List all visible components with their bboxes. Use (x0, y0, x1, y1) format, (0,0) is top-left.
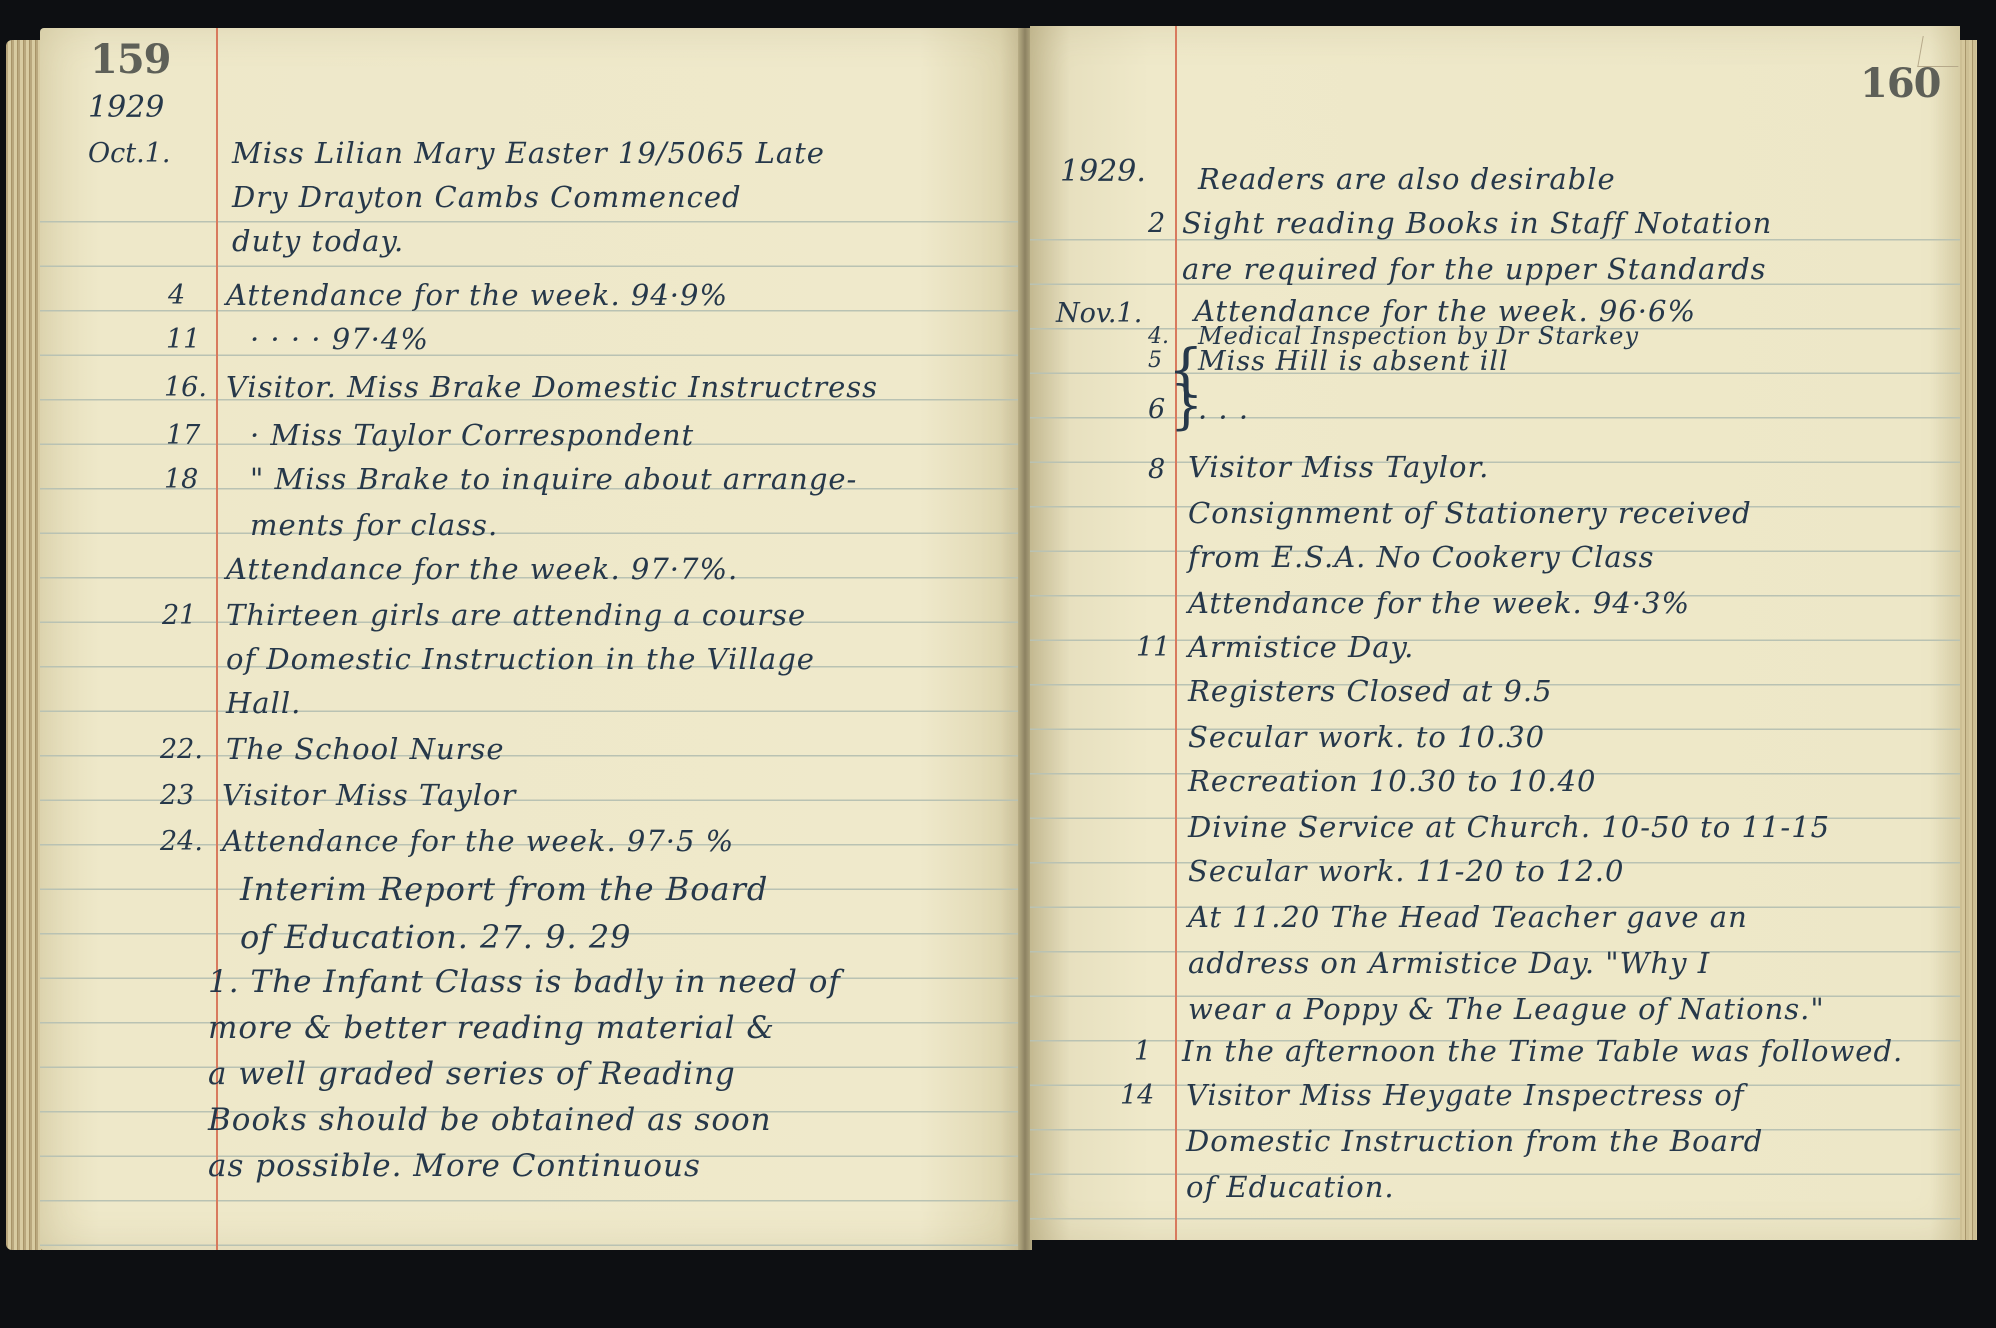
entry-date: 21 (162, 600, 196, 631)
red-margin-line (1175, 26, 1177, 1240)
entry-line: of Education. 27. 9. 29 (240, 918, 632, 956)
entry-line: The School Nurse (226, 732, 505, 766)
entry-date: 16. (164, 372, 207, 403)
entry-date: 11 (166, 324, 200, 355)
entry-line: Readers are also desirable (1198, 162, 1616, 196)
year-label: 1929 (88, 90, 164, 125)
entry-line: Visitor Miss Taylor. (1188, 450, 1489, 484)
entry-line: duty today. (232, 224, 404, 258)
entry-line: Thirteen girls are attending a course (226, 598, 806, 632)
entry-line: wear a Poppy & The League of Nations." (1188, 992, 1825, 1026)
entry-date: 23 (160, 780, 194, 811)
page-number: 159 (90, 36, 171, 83)
entry-date: 1 (1134, 1036, 1151, 1067)
entry-line: Miss Hill is absent ill (1198, 346, 1509, 377)
entry-line: Visitor Miss Taylor (222, 778, 516, 812)
entry-date: 2 (1148, 208, 1165, 239)
entry-line: are required for the upper Standards (1182, 252, 1767, 286)
entry-line: Recreation 10.30 to 10.40 (1188, 764, 1596, 798)
entry-line: · · · (1198, 400, 1249, 434)
entry-line: At 11.20 The Head Teacher gave an (1188, 900, 1748, 934)
entry-line: Attendance for the week. 94·3% (1188, 586, 1690, 620)
entry-line: ments for class. (250, 508, 498, 542)
entry-date: 5 (1148, 348, 1162, 373)
entry-line: · · · · 97·4% (250, 322, 429, 356)
entry-line: 1. The Infant Class is badly in need of (208, 964, 841, 1000)
entry-line: a well graded series of Reading (208, 1056, 736, 1092)
right-page: 160 1929. Readers are also desirable 2 S… (1030, 26, 1960, 1240)
left-page: 159 1929 Oct.1. Miss Lilian Mary Easter … (40, 28, 1020, 1250)
entry-line: of Domestic Instruction in the Village (226, 642, 815, 676)
entry-date: 4. (1148, 324, 1169, 349)
entry-date: 6 (1148, 394, 1165, 425)
entry-line: " Miss Brake to inquire about arrange- (250, 462, 857, 496)
entry-line: Attendance for the week. 94·9% (226, 278, 728, 312)
entry-date: 24. (160, 826, 203, 857)
entry-date: 8 (1148, 454, 1165, 485)
entry-line: Interim Report from the Board (240, 870, 768, 908)
entry-line: Dry Drayton Cambs Commenced (232, 180, 742, 214)
entry-date: 22. (160, 734, 203, 765)
entry-line: Visitor Miss Heygate Inspectress of (1186, 1078, 1745, 1112)
entry-date: Nov.1. (1056, 298, 1142, 329)
entry-line: Hall. (226, 686, 301, 720)
entry-line: Miss Lilian Mary Easter 19/5065 Late (232, 136, 825, 170)
entry-line: Attendance for the week. 97·7%. (226, 552, 738, 586)
entry-line: Divine Service at Church. 10-50 to 11-15 (1188, 810, 1830, 844)
entry-line: Domestic Instruction from the Board (1186, 1124, 1763, 1158)
entry-line: In the afternoon the Time Table was foll… (1182, 1034, 1903, 1068)
entry-line: · Miss Taylor Correspondent (250, 418, 694, 452)
entry-line: from E.S.A. No Cookery Class (1188, 540, 1654, 574)
entry-line: address on Armistice Day. "Why I (1188, 946, 1710, 980)
open-logbook: 159 1929 Oct.1. Miss Lilian Mary Easter … (0, 0, 1996, 1328)
entry-line: Registers Closed at 9.5 (1188, 674, 1553, 708)
entry-line: Attendance for the week. 97·5 % (222, 824, 734, 858)
entry-line: of Education. (1186, 1170, 1395, 1204)
entry-line: more & better reading material & (208, 1010, 775, 1046)
entry-line: Books should be obtained as soon (208, 1102, 772, 1138)
entry-line: as possible. More Continuous (208, 1148, 701, 1184)
entry-date: 18 (164, 464, 198, 495)
dog-ear-corner (1917, 36, 1963, 67)
page-number: 160 (1860, 60, 1941, 107)
entry-date: 17 (166, 420, 200, 451)
entry-line: Sight reading Books in Staff Notation (1182, 206, 1772, 240)
entry-line: Visitor. Miss Brake Domestic Instructres… (226, 370, 878, 404)
entry-line: Consignment of Stationery received (1188, 496, 1752, 530)
entry-line: Armistice Day. (1188, 630, 1414, 664)
year-label: 1929. (1060, 154, 1146, 189)
entry-date: Oct.1. (88, 138, 170, 169)
entry-date: 11 (1136, 632, 1170, 663)
entry-date: 14 (1120, 1080, 1154, 1111)
entry-line: Secular work. 11-20 to 12.0 (1188, 854, 1624, 888)
entry-line: Secular work. to 10.30 (1188, 720, 1545, 754)
entry-date: 4 (168, 280, 185, 311)
